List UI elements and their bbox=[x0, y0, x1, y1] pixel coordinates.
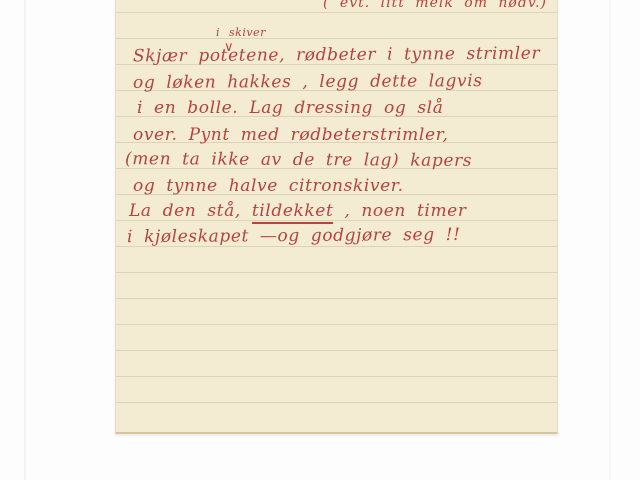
line-7-after: , noen timer bbox=[333, 201, 466, 221]
scanned-page: ( evt. litt melk om nødv.) i skiver ∨ Sk… bbox=[0, 0, 640, 480]
line-7-before: La den stå, bbox=[129, 201, 252, 221]
scanner-crease-left bbox=[24, 0, 26, 480]
note-paper: ( evt. litt melk om nødv.) i skiver ∨ Sk… bbox=[115, 0, 558, 434]
scanner-crease-right bbox=[609, 0, 611, 480]
line-7-underlined-word: tildekket bbox=[252, 201, 334, 224]
handwritten-line-5: (men ta ikke av de tre lag) kapers bbox=[125, 151, 472, 170]
handwritten-line-8: i kjøleskapet —og godgjøre seg !! bbox=[127, 227, 461, 246]
handwritten-line-6: og tynne halve citronskiver. bbox=[133, 178, 404, 195]
handwritten-line-7: La den stå, tildekket , noen timer bbox=[129, 203, 467, 220]
handwritten-line-3: i en bolle. Lag dressing og slå bbox=[137, 100, 443, 117]
header-note: ( evt. litt melk om nødv.) bbox=[323, 0, 547, 10]
handwritten-line-1: Skjær potetene, rødbeter i tynne strimle… bbox=[133, 46, 540, 66]
insertion-note: i skiver bbox=[216, 27, 266, 38]
handwritten-line-2: og løken hakkes , legg dette lagvis bbox=[133, 73, 483, 92]
handwritten-line-4: over. Pynt med rødbeterstrimler, bbox=[133, 127, 448, 144]
